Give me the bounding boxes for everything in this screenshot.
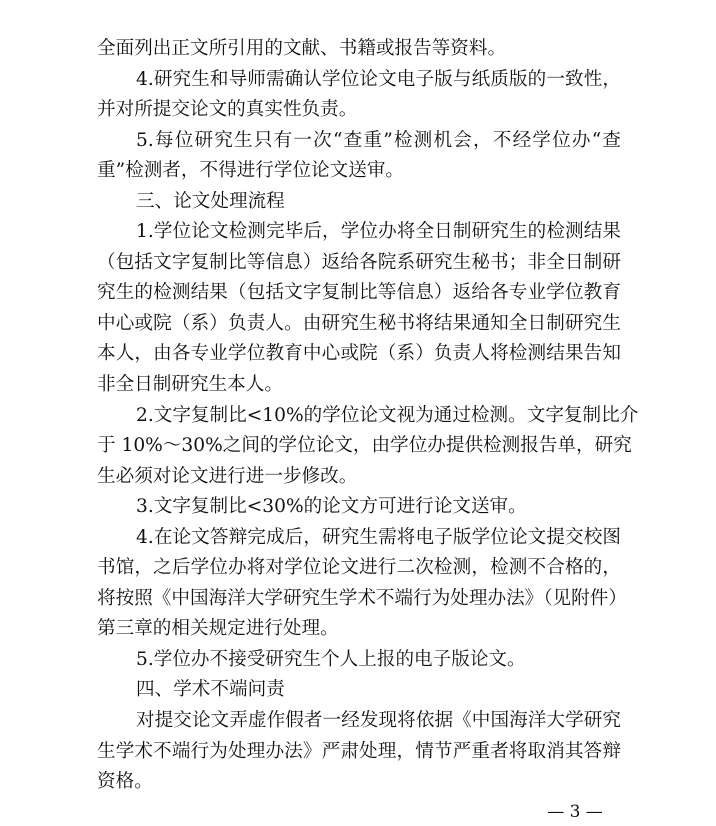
process-item-1-line-5: 本人，由各专业学位教育中心或院（系）负责人将检测结果告知 xyxy=(97,339,621,370)
process-item-2-line-3: 生必须对论文进行进一步修改。 xyxy=(97,462,621,493)
section-heading-4: 四、学术不端问责 xyxy=(97,675,621,706)
process-item-2-line-2: 于 10%～30%之间的学位论文，由学位办提供检测报告单，研究 xyxy=(97,431,621,462)
list-item-4-line-1: 4.研究生和导师需确认学位论文电子版与纸质版的一致性， xyxy=(97,65,621,96)
process-item-3: 3.文字复制比<30%的论文方可进行论文送审。 xyxy=(97,492,621,523)
process-item-1-line-2: （包括文字复制比等信息）返给各院系研究生秘书；非全日制研 xyxy=(97,248,621,279)
process-item-1-line-6: 非全日制研究生本人。 xyxy=(97,370,621,401)
list-item-4-line-2: 并对所提交论文的真实性负责。 xyxy=(97,95,621,126)
process-item-1-line-3: 究生的检测结果（包括文字复制比等信息）返给各专业学位教育 xyxy=(97,278,621,309)
page-number: — 3 — xyxy=(540,800,610,824)
process-item-4-line-1: 4.在论文答辩完成后，研究生需将电子版学位论文提交校图 xyxy=(97,523,621,554)
process-item-5: 5.学位办不接受研究生个人上报的电子版论文。 xyxy=(97,645,621,676)
process-item-4-line-2: 书馆，之后学位办将对学位论文进行二次检测，检测不合格的， xyxy=(97,553,621,584)
process-item-4-line-4: 第三章的相关规定进行处理。 xyxy=(97,614,621,645)
document-body: 全面列出正文所引用的文献、书籍或报告等资料。 4.研究生和导师需确认学位论文电子… xyxy=(97,34,621,798)
document-page: 全面列出正文所引用的文献、书籍或报告等资料。 4.研究生和导师需确认学位论文电子… xyxy=(0,0,716,826)
misconduct-paragraph-line-2: 生学术不端行为处理办法》严肃处理，情节严重者将取消其答辩 xyxy=(97,737,621,768)
process-item-2-line-1: 2.文字复制比<10%的学位论文视为通过检测。文字复制比介 xyxy=(97,401,621,432)
process-item-4-line-3: 将按照《中国海洋大学研究生学术不端行为处理办法》（见附件） xyxy=(97,584,621,615)
text-line: 全面列出正文所引用的文献、书籍或报告等资料。 xyxy=(97,34,621,65)
process-item-1-line-1: 1.学位论文检测完毕后，学位办将全日制研究生的检测结果 xyxy=(97,217,621,248)
list-item-5-line-1: 5.每位研究生只有一次“查重”检测机会，不经学位办“查 xyxy=(97,126,621,157)
process-item-1-line-4: 中心或院（系）负责人。由研究生秘书将结果通知全日制研究生 xyxy=(97,309,621,340)
section-heading-3: 三、论文处理流程 xyxy=(97,187,621,218)
misconduct-paragraph-line-1: 对提交论文弄虚作假者一经发现将依据《中国海洋大学研究 xyxy=(97,706,621,737)
misconduct-paragraph-line-3: 资格。 xyxy=(97,767,621,798)
list-item-5-line-2: 重”检测者，不得进行学位论文送审。 xyxy=(97,156,621,187)
